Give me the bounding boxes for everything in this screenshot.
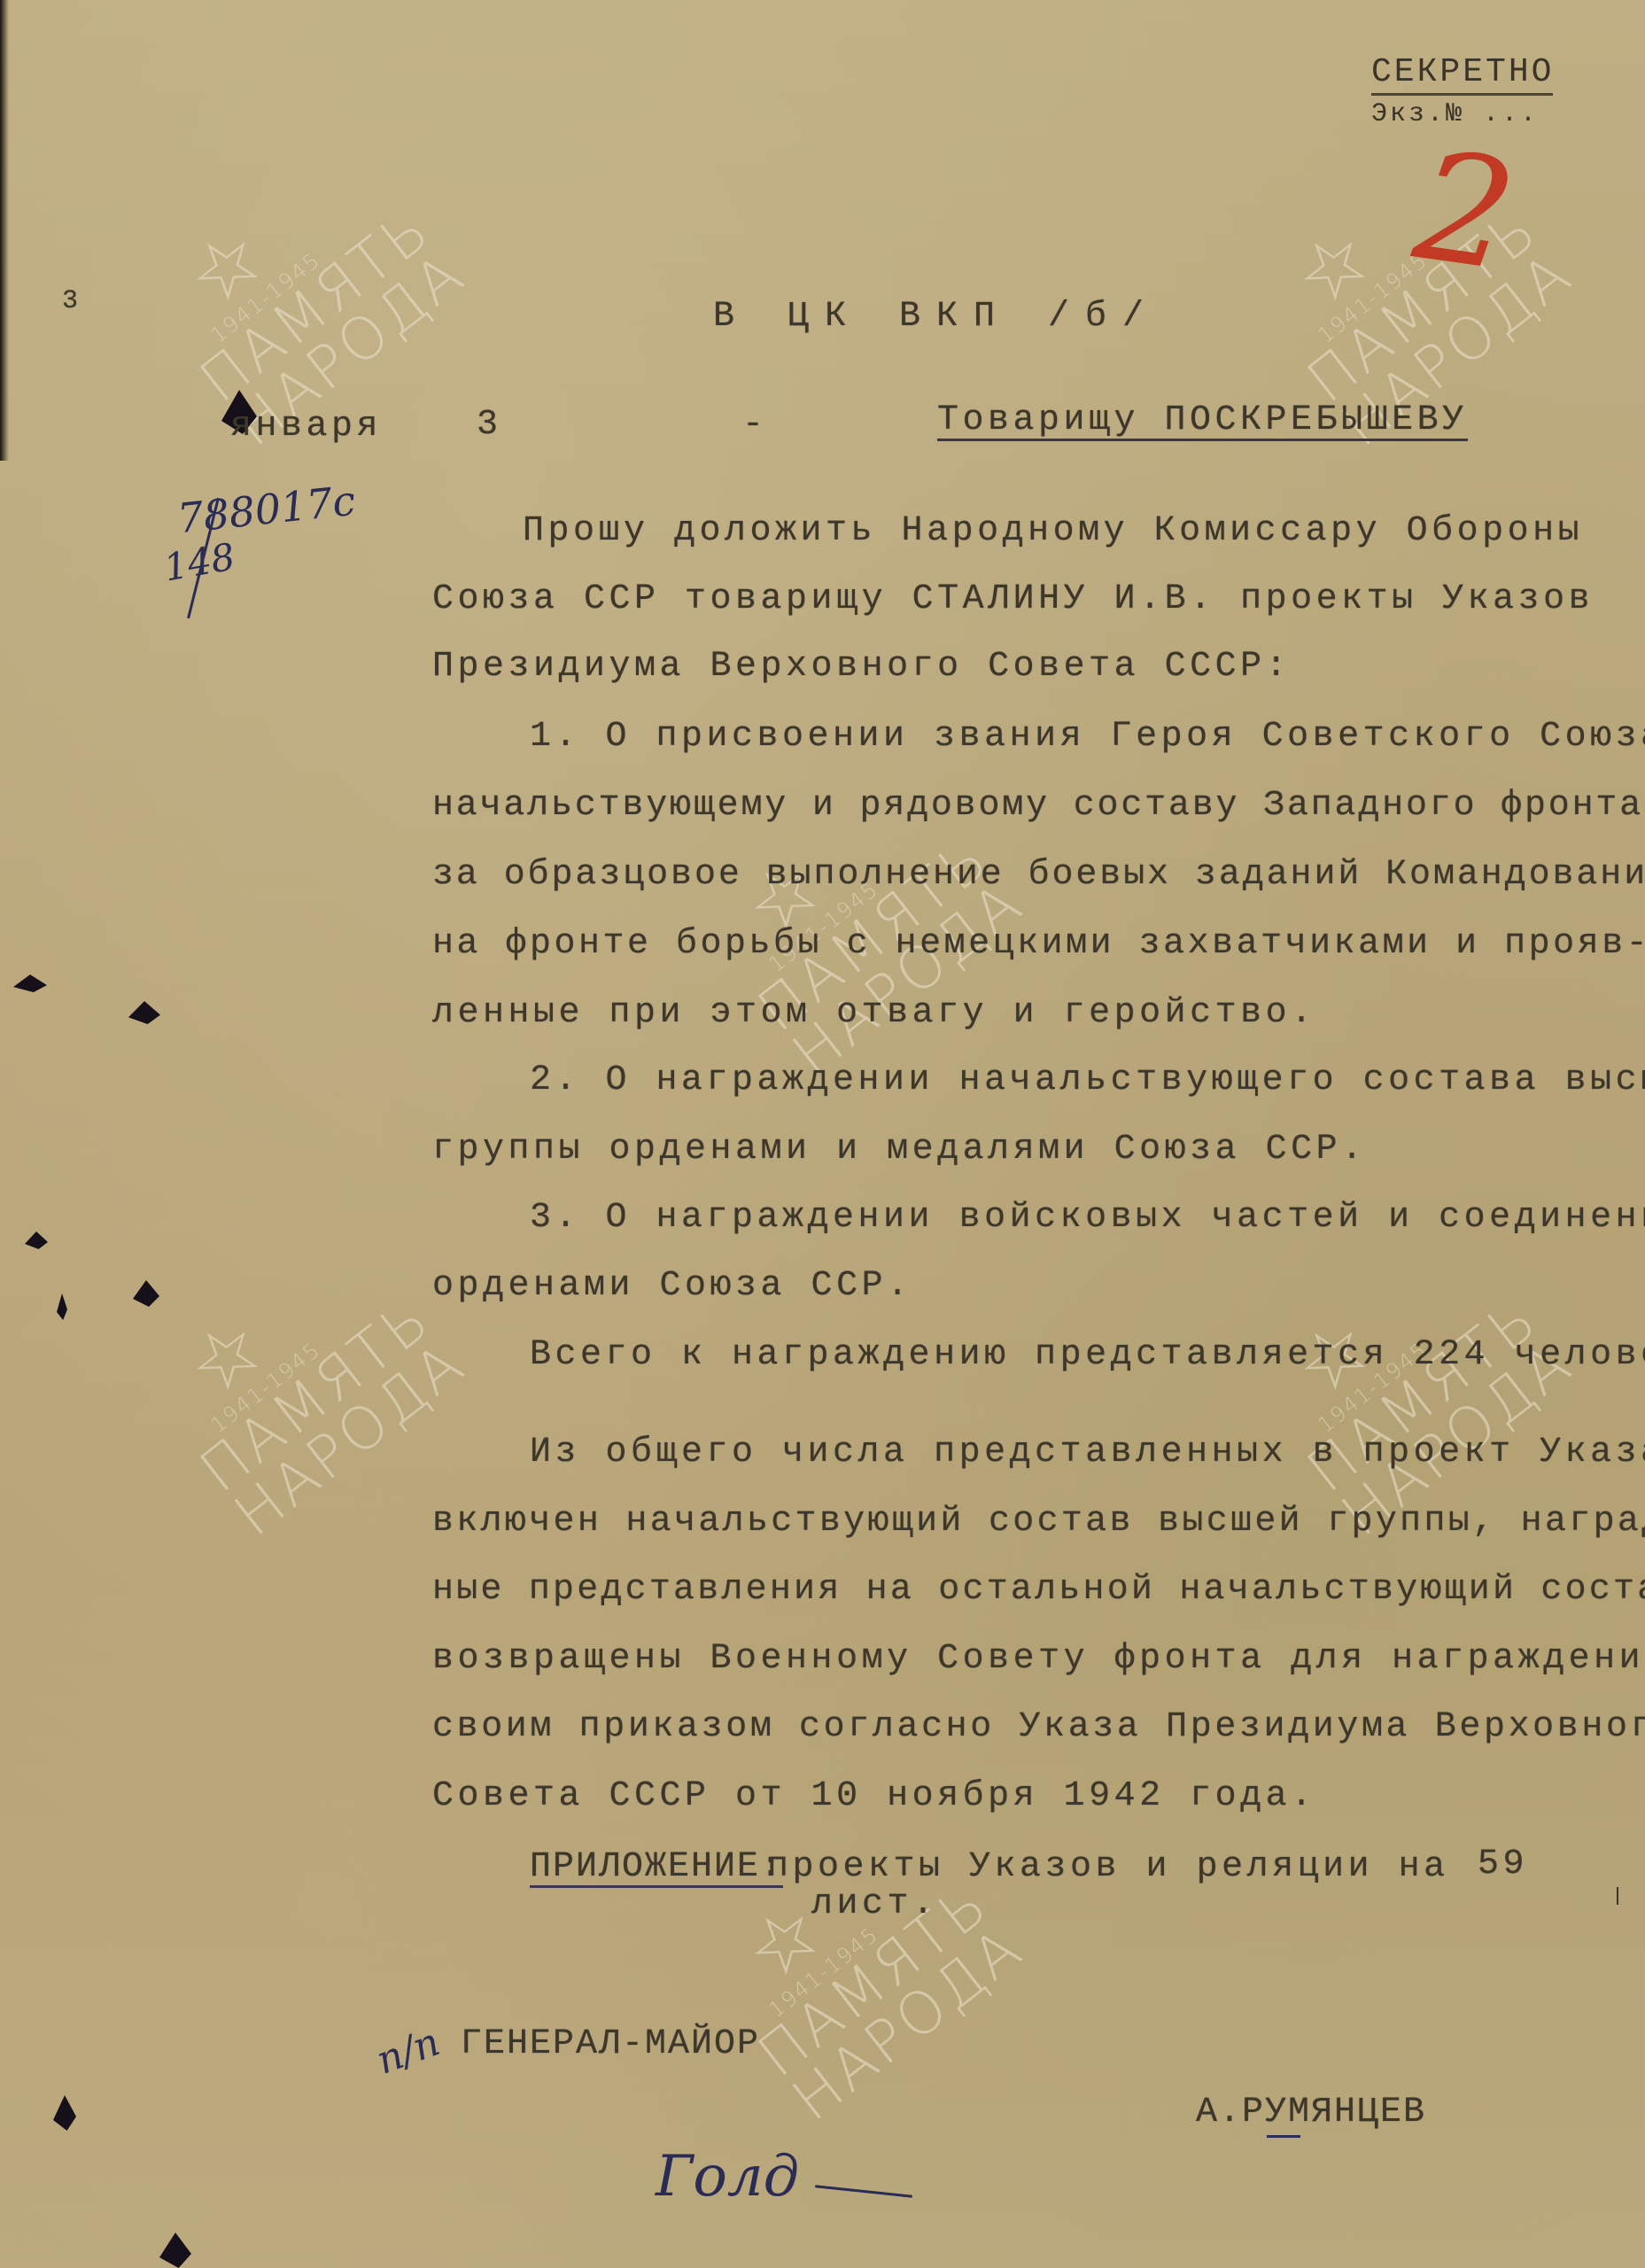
item-2-line: 2. О награждении начальствующего состава…	[530, 1063, 1645, 1099]
intro-line: Президиума Верховного Совета СССР:	[432, 649, 1291, 685]
date-day: 3	[477, 408, 502, 443]
date-month: января	[230, 409, 382, 445]
signature-underline	[1267, 2135, 1300, 2138]
item-1-line: на фронте борьбы с немецкими захватчикам…	[432, 927, 1645, 962]
attachment-label: ПРИЛОЖЕНИЕ:	[530, 1850, 783, 1888]
addressee-org: В ЦК ВКП /б/	[713, 299, 1160, 335]
item-2-line: группы орденами и медалями Союза ССР.	[432, 1132, 1367, 1168]
scan-edge-shadow	[0, 0, 9, 461]
paragraph-line: включен начальствующий состав высшей гру…	[432, 1504, 1645, 1540]
classification-rule	[1371, 93, 1553, 96]
attachment-count: 59	[1478, 1847, 1528, 1883]
signature-rank: ГЕНЕРАЛ-МАЙОР	[461, 2027, 760, 2062]
intro-line: Прошу доложить Народному Комиссару Оборо…	[523, 514, 1583, 549]
classification-stamp: СЕКРЕТНО Экз.№ ...	[1371, 53, 1554, 129]
item-3-line: 3. О награждении войсковых частей и соед…	[530, 1200, 1645, 1236]
signature-name: А.РУМЯНЦЕВ	[1196, 2095, 1426, 2131]
addressee-person: Товарищу ПОСКРЕБЫШЕВУ	[937, 403, 1468, 441]
pencil-tick	[1617, 1887, 1618, 1905]
classification-label: СЕКРЕТНО	[1371, 53, 1554, 91]
paragraph-line: ные представления на остальной начальств…	[432, 1573, 1645, 1608]
item-1-line: 1. О присвоении звания Героя Советского …	[530, 719, 1645, 755]
margin-number: 3	[62, 288, 82, 315]
item-1-line: начальствующему и рядовому составу Запад…	[432, 788, 1643, 824]
intro-line: Союза ССР товарищу СТАЛИНУ И.В. проекты …	[432, 582, 1594, 617]
handwritten-signature: Голд	[656, 2144, 799, 2210]
item-1-line: за образцовое выполнение боевых заданий …	[432, 858, 1645, 893]
paragraph-line: своим приказом согласно Указа Президиума…	[432, 1710, 1645, 1745]
paragraph-line: возвращены Военному Совету фронта для на…	[432, 1642, 1645, 1677]
total-line: Всего к награждению представляется 224 ч…	[530, 1338, 1645, 1373]
attachment-unit: лист.	[811, 1887, 938, 1922]
date-dash: -	[742, 408, 768, 443]
item-1-line: ленные при этом отвагу и геройство.	[432, 996, 1316, 1031]
item-3-line: орденами Союза ССР.	[432, 1269, 912, 1304]
paragraph-line: Из общего числа представленных в проект …	[530, 1435, 1645, 1471]
attachment-text: проекты Указов и реляции на	[767, 1850, 1449, 1885]
paragraph-line: Совета СССР от 10 ноября 1942 года.	[432, 1779, 1316, 1814]
